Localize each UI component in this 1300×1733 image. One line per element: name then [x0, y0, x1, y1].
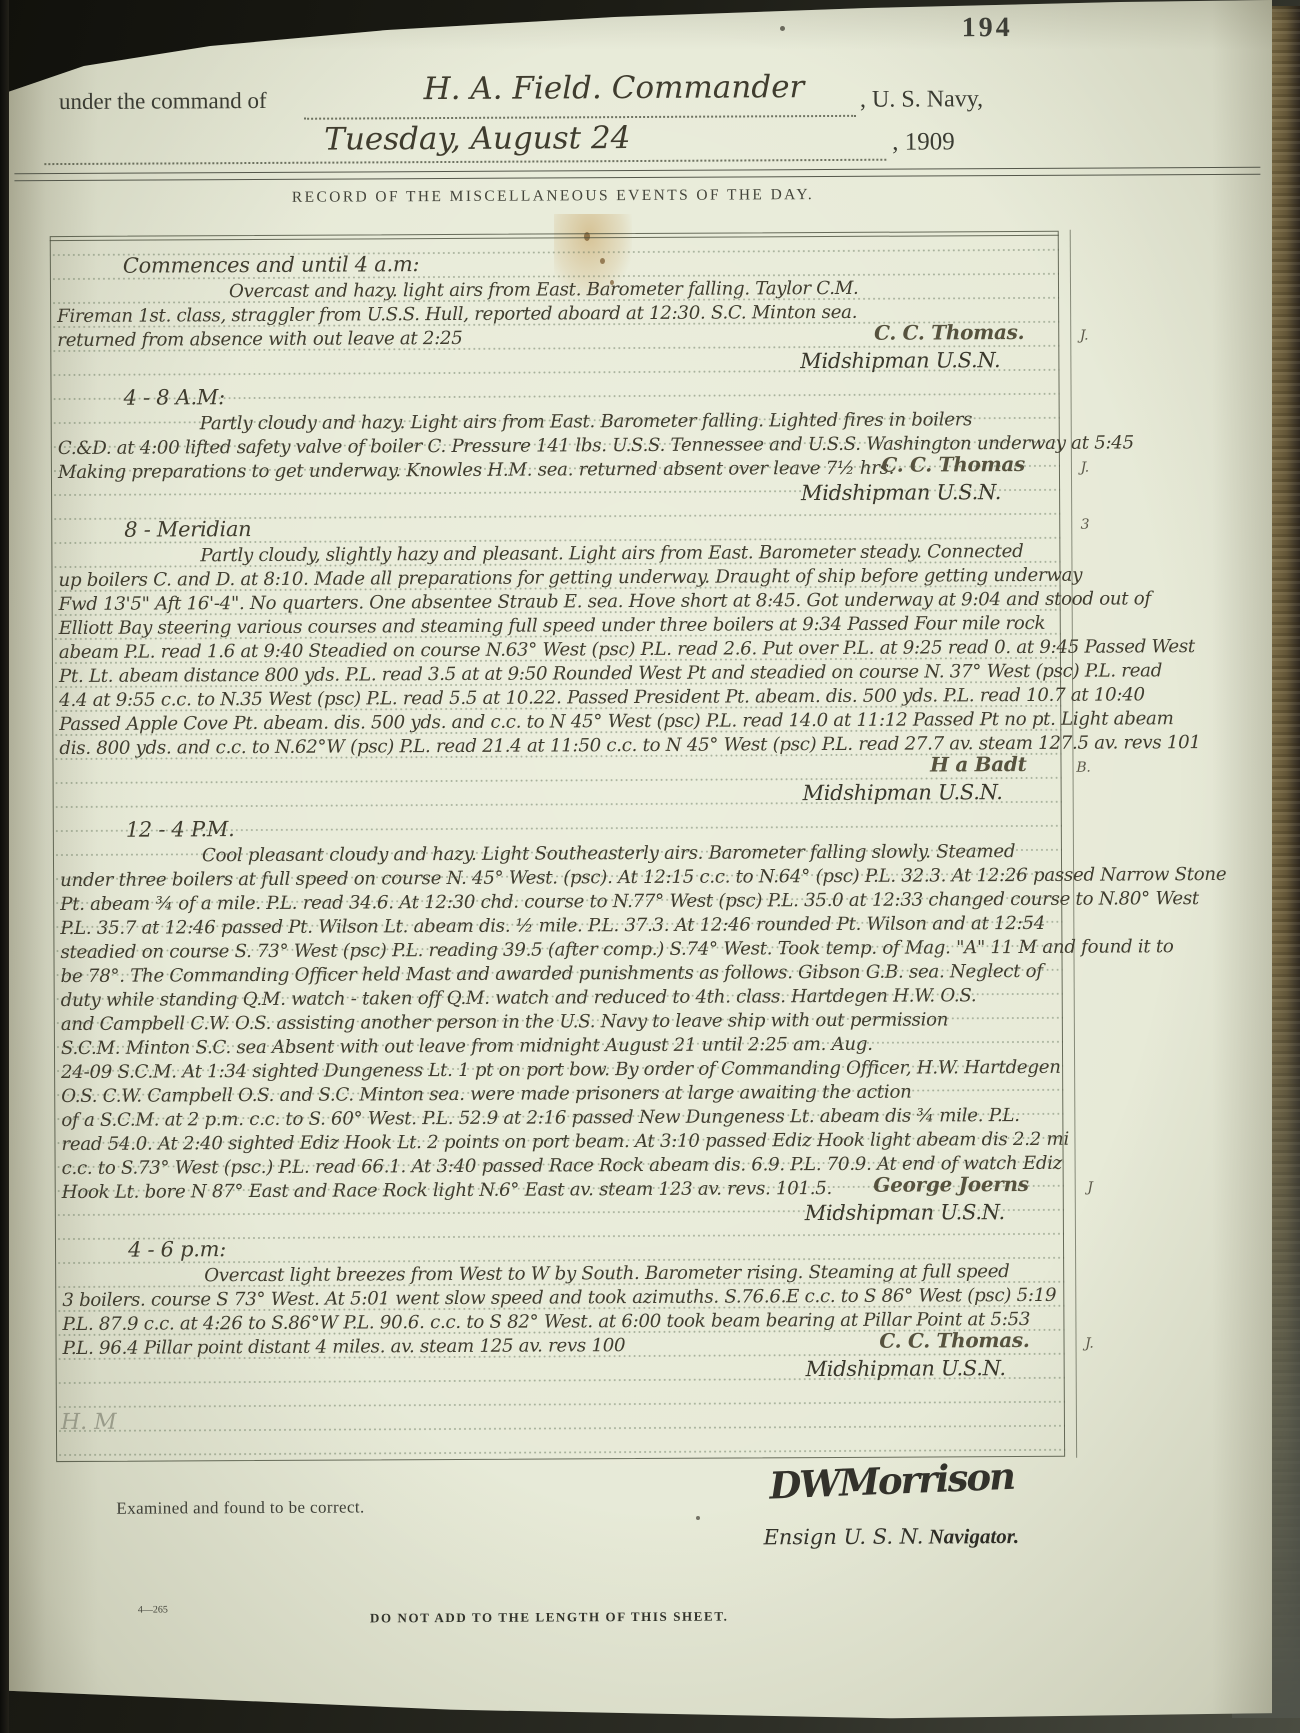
log-line-text: duty while standing Q.M. watch - taken o…: [61, 985, 977, 1011]
log-line-text: Overcast and hazy. light airs from East.…: [229, 278, 859, 302]
log-line-text: steadied on course S. 73° West (psc) P.L…: [60, 936, 1173, 963]
examined-statement: Examined and found to be correct.: [116, 1497, 364, 1518]
log-line-text: be 78°. The Commanding Officer held Mast…: [61, 961, 1043, 987]
log-line-text: Hook Lt. bore N 87° East and Race Rock l…: [62, 1178, 832, 1203]
signature: H a Badt: [930, 752, 1027, 777]
navigator-title: Ensign U. S. N. Navigator.: [763, 1524, 1019, 1550]
log-line: Midshipman U.S.N.: [52, 480, 1059, 509]
log-line-text: Overcast light breezes from West to W by…: [204, 1261, 1009, 1286]
date-underline: [44, 159, 886, 165]
log-page-paper: 194 under the command of H. A. Field. Co…: [8, 0, 1272, 1720]
ruled-log-sheet: Commences and until 4 a.m:Overcast and h…: [50, 231, 1065, 1462]
log-line-text: read 54.0. At 2:40 sighted Ediz Hook Lt.…: [61, 1129, 1069, 1155]
page-content: 194 under the command of H. A. Field. Co…: [4, 0, 1277, 1723]
form-number: 4—265: [138, 1604, 168, 1615]
log-line-text: of a S.C.M. at 2 p.m. c.c. to S. 60° Wes…: [61, 1105, 1019, 1131]
date-handwritten: Tuesday, August 24: [324, 120, 630, 158]
logbook-photo: 194 under the command of H. A. Field. Co…: [0, 0, 1300, 1733]
log-line-text: up boilers C. and D. at 8:10. Made all p…: [58, 565, 1082, 591]
clerk-initials: H. M: [61, 1410, 117, 1435]
log-line-text: Fireman 1st. class, straggler from U.S.S…: [57, 302, 857, 327]
log-line-text: P.L. 96.4 Pillar point distant 4 miles. …: [62, 1335, 625, 1359]
log-line-text: Midshipman U.S.N.: [800, 348, 1000, 373]
log-line-text: returned from absence with out leave at …: [57, 328, 462, 351]
commander-name-handwritten: H. A. Field. Commander: [374, 69, 854, 108]
year-label: , 1909: [892, 128, 955, 156]
log-line-text: Elliott Bay steering various courses and…: [59, 613, 1045, 639]
log-line-text: P.L. 35.7 at 12:46 passed Pt. Wilson Lt.…: [60, 913, 1045, 939]
commander-name-underline: [304, 115, 856, 120]
log-line-text: 24-09 S.C.M. At 1:34 sighted Dungeness L…: [61, 1057, 1061, 1083]
navigator-role: Navigator.: [929, 1524, 1020, 1548]
do-not-add-warning: DO NOT ADD TO THE LENGTH OF THIS SHEET.: [370, 1609, 729, 1627]
record-title: RECORD OF THE MISCELLANEOUS EVENTS OF TH…: [49, 185, 1056, 208]
signature: C. C. Thomas.: [879, 1328, 1029, 1353]
log-line-text: Passed Apple Cove Pt. abeam. dis. 500 yd…: [59, 708, 1173, 735]
log-line-text: Partly cloudy and hazy. Light airs from …: [200, 409, 973, 434]
log-line: Midshipman U.S.N.: [54, 780, 1061, 809]
book-binding-edge: [0, 0, 9, 1733]
log-line-text: Partly cloudy, slightly hazy and pleasan…: [200, 541, 1023, 566]
signature: C. C. Thomas.: [874, 320, 1024, 345]
header-double-rule: [14, 167, 1260, 182]
navigator-signature: DWMorrison: [768, 1454, 1014, 1508]
log-line: Midshipman U.S.N.: [51, 348, 1058, 377]
log-line-text: Midshipman U.S.N.: [805, 1356, 1005, 1381]
page-number: 194: [962, 12, 1013, 44]
log-entries: Commences and until 4 a.m:Overcast and h…: [51, 240, 1064, 1385]
log-line-text: Fwd 13'5" Aft 16'-4". No quarters. One a…: [59, 588, 1151, 615]
signature: C. C. Thomas: [881, 452, 1025, 477]
log-line-text: Midshipman U.S.N.: [802, 780, 1002, 805]
log-line: Midshipman U.S.N.: [57, 1356, 1064, 1385]
signature: George Joerns: [873, 1172, 1028, 1197]
navy-suffix-label: , U. S. Navy,: [860, 86, 983, 114]
log-line-text: 3 boilers. course S 73° West. At 5:01 we…: [62, 1285, 1056, 1311]
log-line-text: Making preparations to get underway. Kno…: [58, 458, 894, 483]
log-line-text: Pt. Lt. abeam distance 800 yds. P.L. rea…: [59, 660, 1162, 687]
command-prefix-label: under the command of: [59, 88, 267, 115]
log-line-text: and Campbell C.W. O.S. assisting another…: [61, 1009, 948, 1035]
log-line-text: 4.4 at 9:55 c.c. to N.35 West (psc) P.L.…: [59, 684, 1145, 711]
navigator-rank: Ensign U. S. N.: [763, 1525, 923, 1550]
log-line-text: O.S. C.W. Campbell O.S. and S.C. Minton …: [61, 1082, 911, 1107]
log-line-text: Midshipman U.S.N.: [805, 1200, 1005, 1225]
log-line-text: Cool pleasant cloudy and hazy. Light Sou…: [202, 841, 1015, 866]
log-line: Midshipman U.S.N.: [56, 1200, 1063, 1229]
log-line-text: Midshipman U.S.N.: [801, 480, 1001, 505]
log-line-text: S.C.M. Minton S.C. sea Absent with out l…: [61, 1034, 873, 1059]
